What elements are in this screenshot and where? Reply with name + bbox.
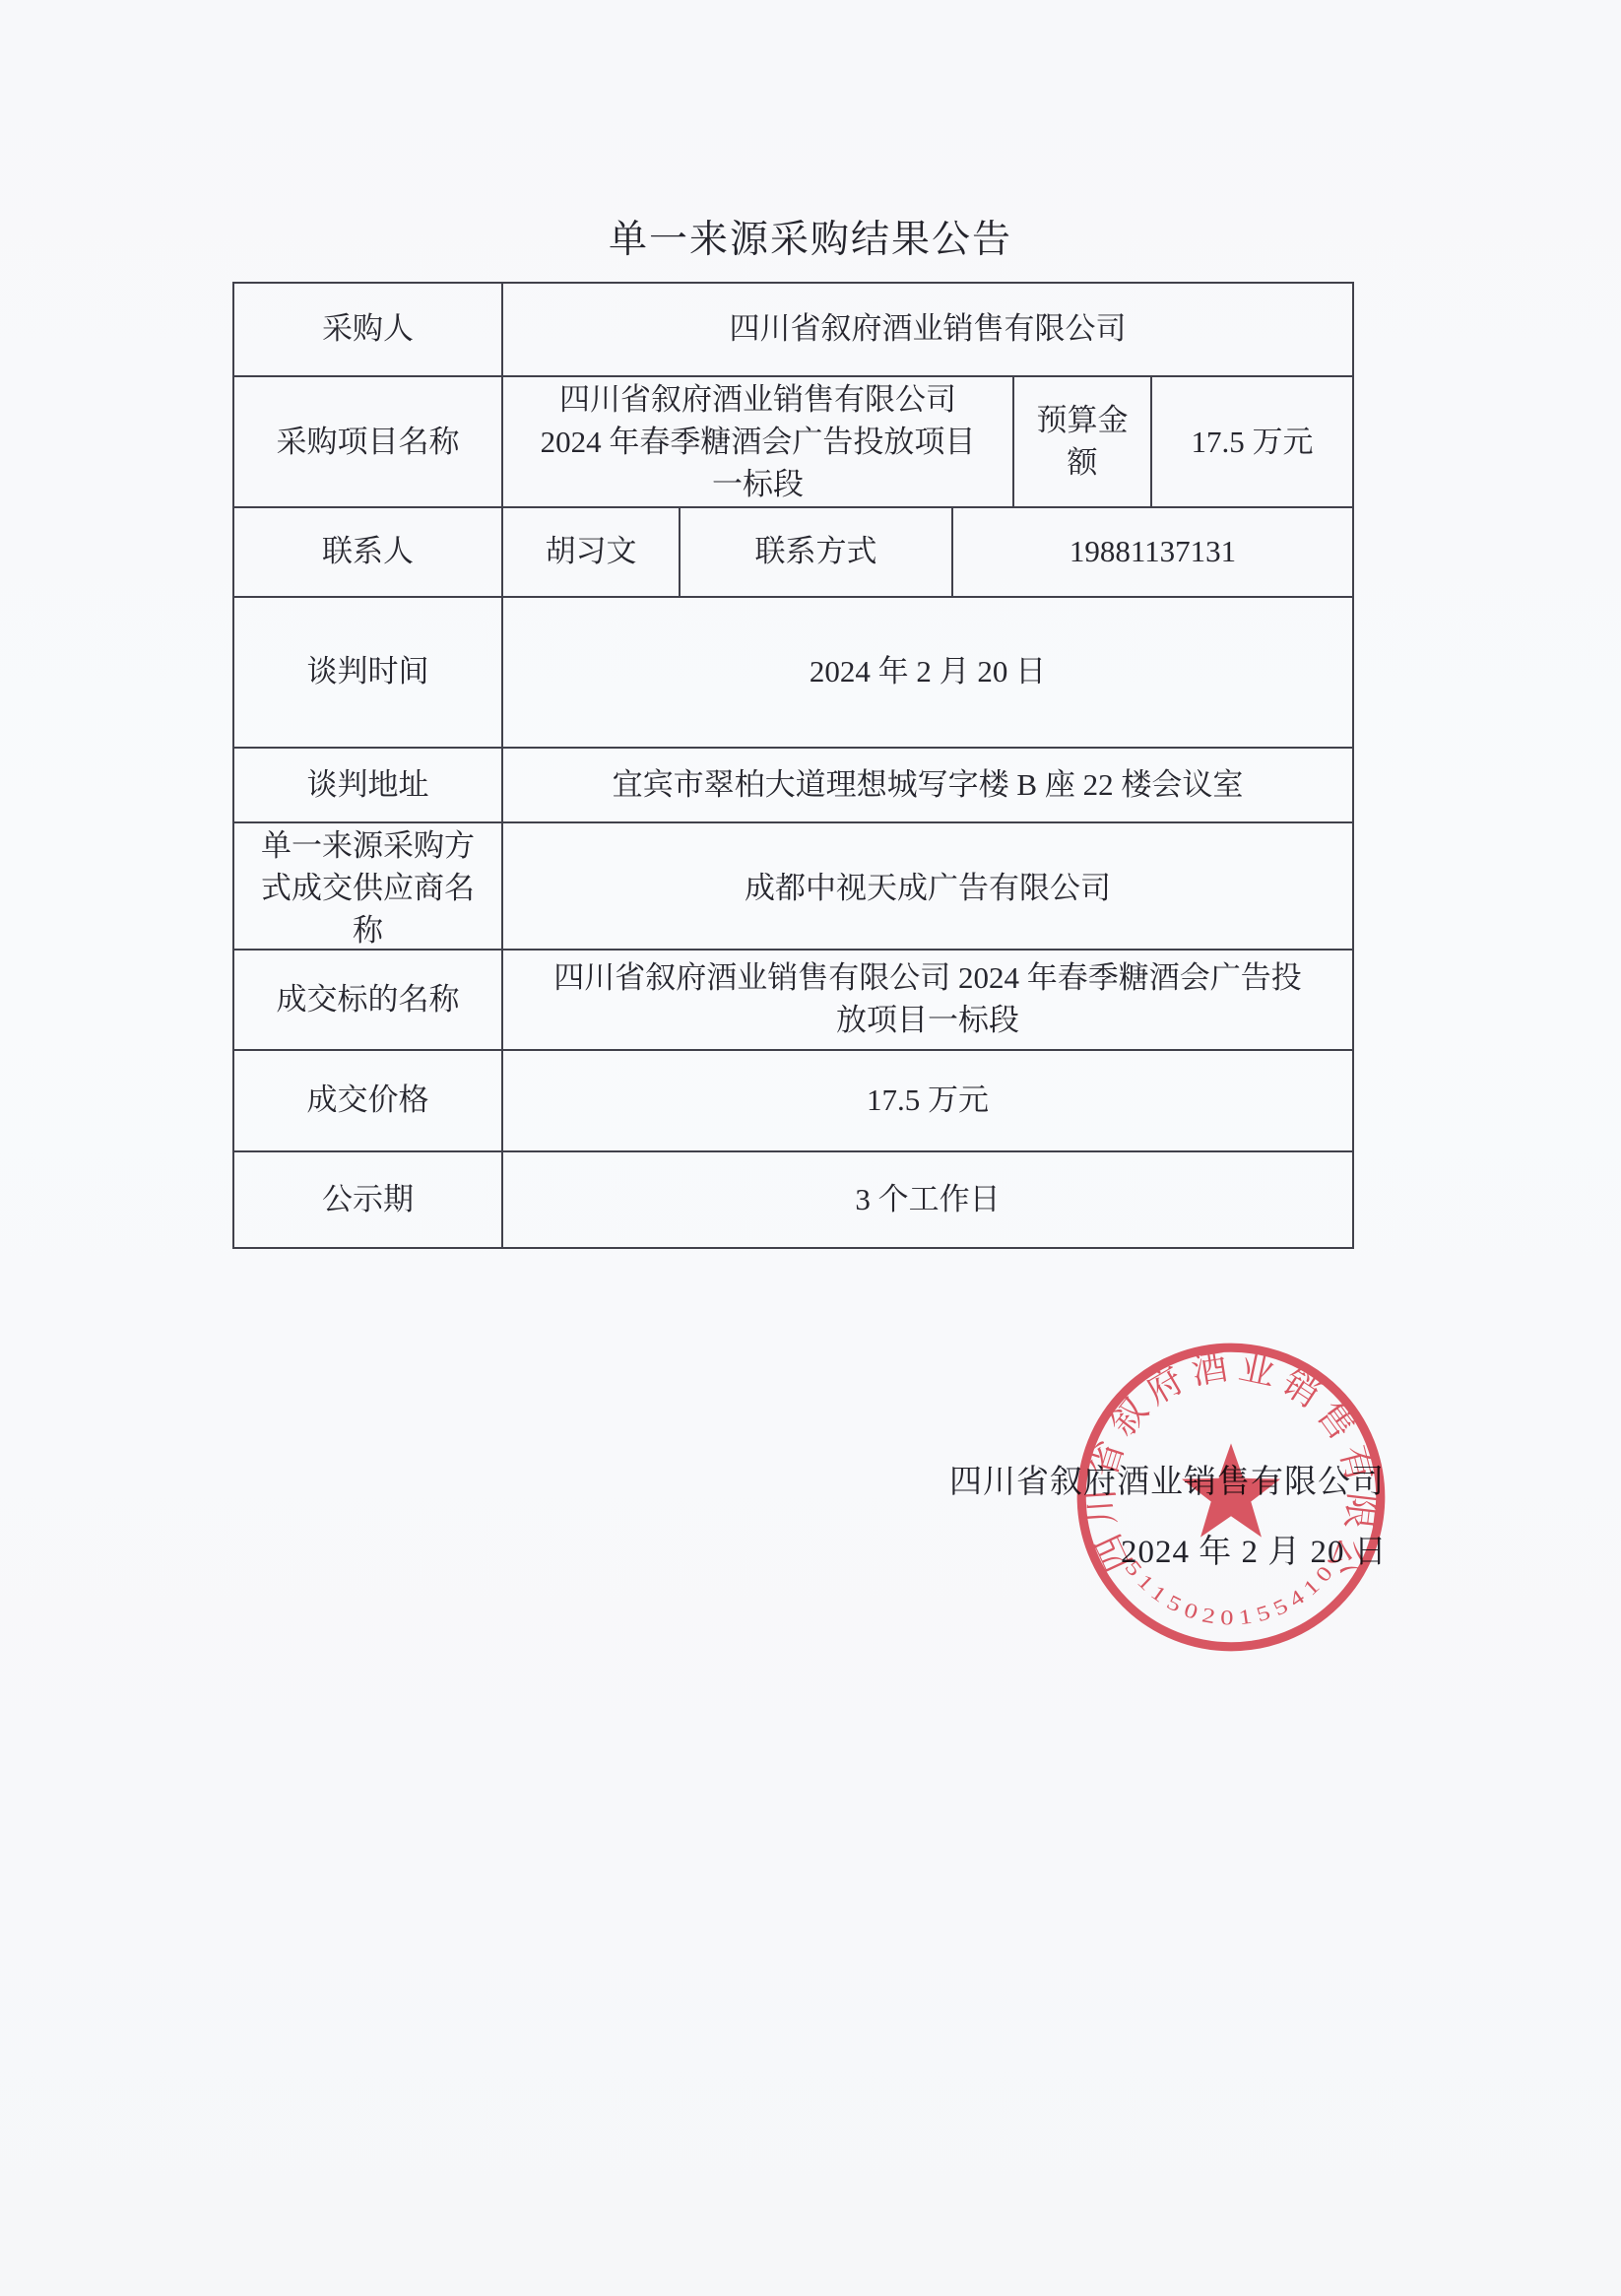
price-label: 成交价格 (234, 1051, 503, 1150)
contact-method-label: 联系方式 (681, 508, 953, 596)
price-value: 17.5 万元 (503, 1051, 1352, 1150)
page-title: 单一来源采购结果公告 (0, 209, 1621, 264)
contact-label: 联系人 (234, 508, 503, 596)
table-row-negotiation-address: 谈判地址 宜宾市翠柏大道理想城写字楼 B 座 22 楼会议室 (234, 749, 1352, 823)
subject-value: 四川省叙府酒业销售有限公司 2024 年春季糖酒会广告投 放项目一标段 (503, 951, 1352, 1049)
budget-value: 17.5 万元 (1152, 377, 1352, 507)
contact-phone: 19881137131 (953, 508, 1352, 596)
negotiation-address-label: 谈判地址 (234, 749, 503, 821)
table-row-supplier: 单一来源采购方 式成交供应商名 称 成都中视天成广告有限公司 (234, 823, 1352, 951)
project-value: 四川省叙府酒业销售有限公司 2024 年春季糖酒会广告投放项目 一标段 (503, 377, 1014, 507)
publicity-period-value: 3 个工作日 (503, 1152, 1352, 1247)
project-label: 采购项目名称 (234, 377, 503, 507)
table-row-project: 采购项目名称 四川省叙府酒业销售有限公司 2024 年春季糖酒会广告投放项目 一… (234, 377, 1352, 508)
supplier-label: 单一来源采购方 式成交供应商名 称 (234, 823, 503, 953)
table-row-publicity-period: 公示期 3 个工作日 (234, 1152, 1352, 1247)
negotiation-time-value: 2024 年 2 月 20 日 (503, 598, 1352, 747)
company-seal-stamp: 四川省叙府酒业销售有限公司 5115020155410 (1062, 1328, 1400, 1667)
table-row-contact: 联系人 胡习文 联系方式 19881137131 (234, 508, 1352, 598)
negotiation-time-label: 谈判时间 (234, 598, 503, 747)
table-row-subject: 成交标的名称 四川省叙府酒业销售有限公司 2024 年春季糖酒会广告投 放项目一… (234, 951, 1352, 1051)
announcement-table: 采购人 四川省叙府酒业销售有限公司 采购项目名称 四川省叙府酒业销售有限公司 2… (232, 282, 1354, 1249)
svg-text:四川省叙府酒业销售有限公司: 四川省叙府酒业销售有限公司 (1062, 1328, 1382, 1584)
budget-label: 预算金 额 (1014, 377, 1152, 507)
svg-text:5115020155410: 5115020155410 (1120, 1556, 1340, 1630)
purchaser-label: 采购人 (234, 284, 503, 375)
seal-ring-text: 四川省叙府酒业销售有限公司 (1062, 1328, 1382, 1584)
supplier-value: 成都中视天成广告有限公司 (503, 823, 1352, 953)
publicity-period-label: 公示期 (234, 1152, 503, 1247)
contact-name: 胡习文 (503, 508, 681, 596)
seal-star-icon (1182, 1443, 1280, 1537)
negotiation-address-value: 宜宾市翠柏大道理想城写字楼 B 座 22 楼会议室 (503, 749, 1352, 821)
table-row-purchaser: 采购人 四川省叙府酒业销售有限公司 (234, 284, 1352, 377)
purchaser-value: 四川省叙府酒业销售有限公司 (503, 284, 1352, 375)
table-row-negotiation-time: 谈判时间 2024 年 2 月 20 日 (234, 598, 1352, 749)
table-row-price: 成交价格 17.5 万元 (234, 1051, 1352, 1152)
seal-serial-number: 5115020155410 (1120, 1556, 1340, 1630)
document-page: 单一来源采购结果公告 采购人 四川省叙府酒业销售有限公司 采购项目名称 四川省叙… (0, 0, 1621, 2296)
subject-label: 成交标的名称 (234, 951, 503, 1049)
